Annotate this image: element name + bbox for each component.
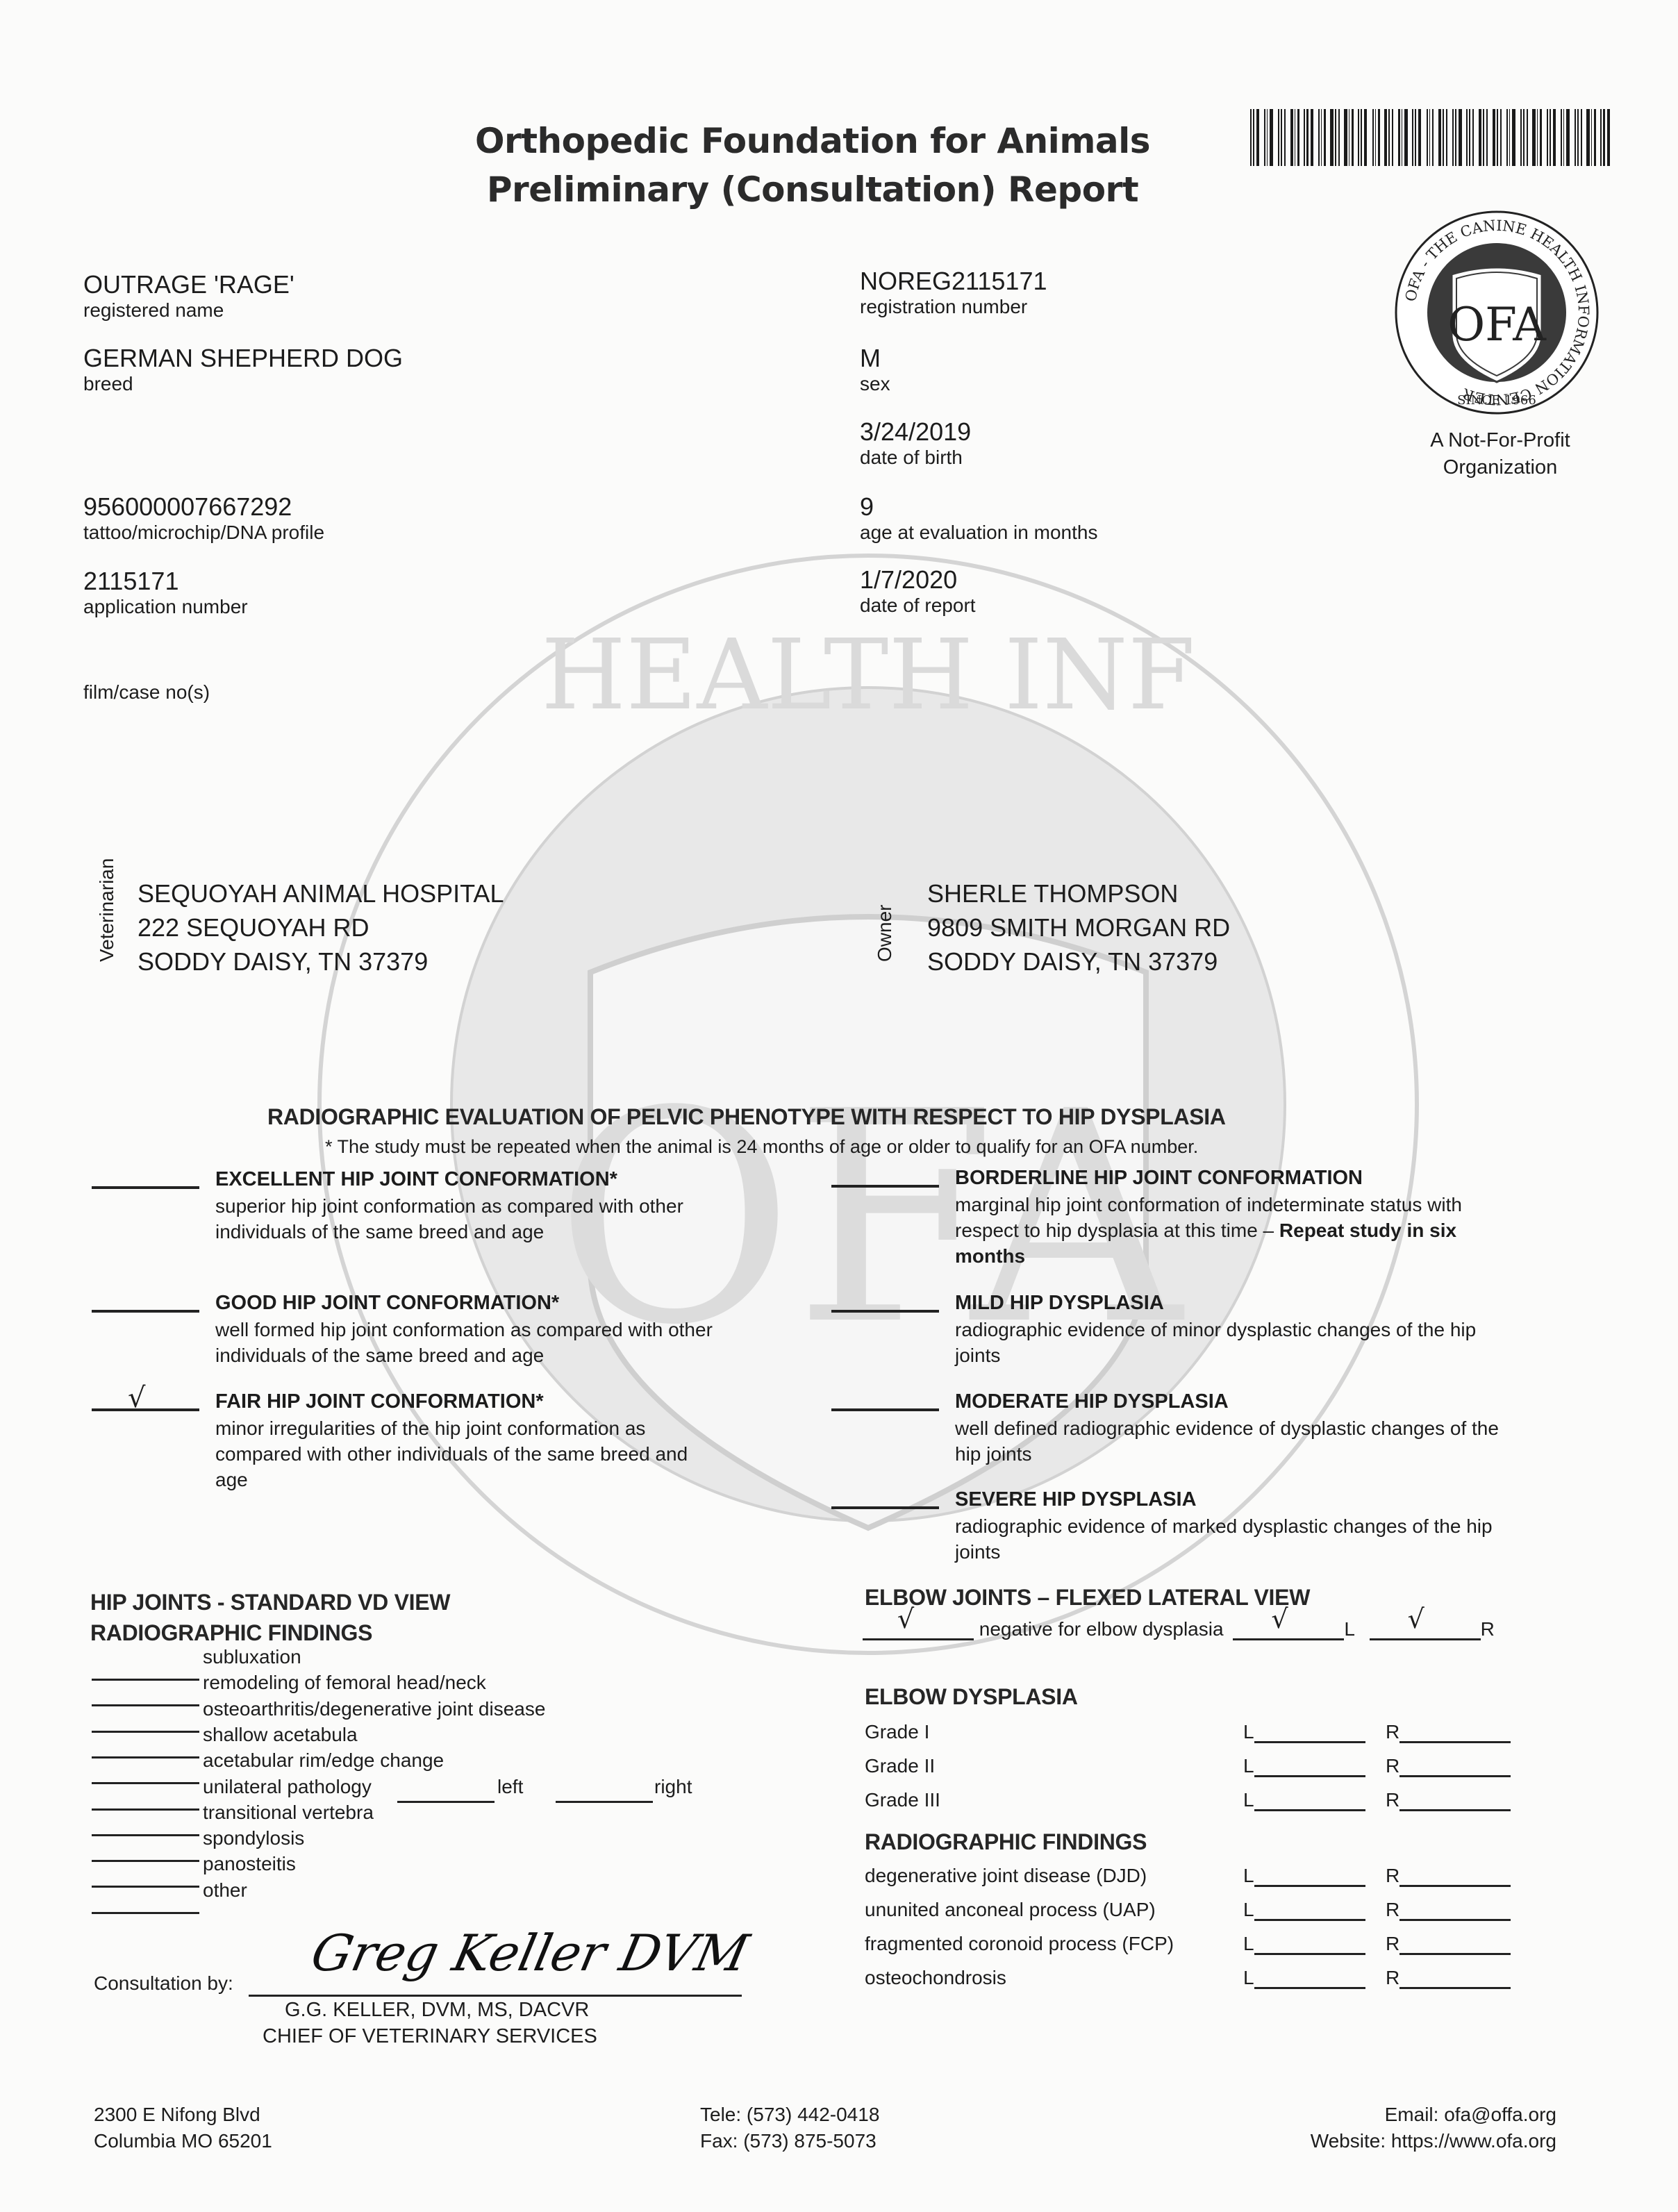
veterinarian-label: Veterinarian <box>96 858 118 962</box>
check-mark-icon: √ <box>897 1604 914 1634</box>
registration-number-label: registration number <box>860 295 1047 319</box>
footer-fax: Fax: (573) 875-5073 <box>700 2128 879 2154</box>
elbow-grade-right: R <box>1386 1755 1511 1777</box>
hip-finding-row: subluxation <box>92 1658 199 1684</box>
right-label: R <box>1386 1721 1399 1743</box>
right-blank[interactable] <box>1399 1790 1511 1811</box>
owner-label: Owner <box>874 905 896 962</box>
grade-checkbox-blank[interactable] <box>831 1506 939 1509</box>
elbow-finding-left: L <box>1243 1967 1365 1989</box>
evaluation-title: RADIOGRAPHIC EVALUATION OF PELVIC PHENOT… <box>267 1104 1226 1130</box>
left-blank[interactable] <box>1254 1790 1365 1811</box>
hip-finding-blank[interactable] <box>92 1659 199 1681</box>
film-case-label: film/case no(s) <box>83 681 210 704</box>
grade-title: MILD HIP DYSPLASIA <box>955 1292 1164 1315</box>
grade-checkbox-blank[interactable] <box>92 1310 199 1313</box>
elbow-finding-right: R <box>1386 1865 1511 1887</box>
hip-finding-label: acetabular rim/edge change <box>203 1749 444 1772</box>
sex-field: M sex <box>860 344 890 396</box>
left-label: L <box>1243 1789 1254 1811</box>
left-blank[interactable] <box>1254 1722 1365 1743</box>
left-label: L <box>1243 1755 1254 1777</box>
signer-name: G.G. KELLER, DVM, MS, DACVR <box>285 1999 589 2022</box>
elbow-finding-right: R <box>1386 1933 1511 1955</box>
hip-finding-label: unilateral pathology <box>203 1776 372 1798</box>
grade-title: SEVERE HIP DYSPLASIA <box>955 1488 1197 1511</box>
hip-findings-title-line-2: RADIOGRAPHIC FINDINGS <box>90 1618 450 1648</box>
right-label: R <box>1386 1899 1399 1920</box>
elbow-finding-label: osteochondrosis <box>865 1967 1006 1989</box>
right-blank[interactable] <box>1399 1934 1511 1955</box>
grade-title: BORDERLINE HIP JOINT CONFORMATION <box>955 1167 1363 1190</box>
right-blank[interactable] <box>1399 1968 1511 1989</box>
elbow-grade-right: R <box>1386 1721 1511 1743</box>
right-blank[interactable] <box>1399 1865 1511 1887</box>
registered-name-value: OUTRAGE 'RAGE' <box>83 271 294 299</box>
registered-name-label: registered name <box>83 299 294 322</box>
elbow-finding-right: R <box>1386 1899 1511 1921</box>
date-of-report-value: 1/7/2020 <box>860 566 976 594</box>
hip-findings-title-line-1: HIP JOINTS - STANDARD VD VIEW <box>90 1587 450 1618</box>
left-label: L <box>1243 1899 1254 1920</box>
evaluation-note: * The study must be repeated when the an… <box>325 1136 1198 1158</box>
veterinarian-address: SEQUOYAH ANIMAL HOSPITAL 222 SEQUOYAH RD… <box>138 876 504 979</box>
hip-finding-row: spondylosis <box>92 1840 199 1865</box>
registration-number-value: NOREG2115171 <box>860 267 1047 295</box>
unilateral-left-label: left <box>497 1776 523 1798</box>
hip-finding-row: unilateral pathologyleftright <box>92 1788 199 1814</box>
sex-value: M <box>860 344 890 372</box>
elbow-left-label: L <box>1344 1618 1354 1640</box>
elbow-grade-left: L <box>1243 1789 1365 1811</box>
unilateral-right-label: right <box>654 1776 692 1798</box>
title-line-1: Orthopedic Foundation for Animals <box>417 117 1208 165</box>
elbow-negative-label: negative for elbow dysplasia <box>979 1618 1224 1640</box>
elbow-finding-label: degenerative joint disease (DJD) <box>865 1865 1147 1887</box>
owner-line-1: SHERLE THOMPSON <box>927 876 1230 910</box>
svg-text:SINCE 1966: SINCE 1966 <box>1457 393 1536 408</box>
elbow-finding-label: fragmented coronoid process (FCP) <box>865 1933 1174 1955</box>
hip-finding-row: shallow acetabula <box>92 1736 199 1762</box>
grade-checkbox-blank[interactable] <box>831 1185 939 1188</box>
hip-finding-label: panosteitis <box>203 1853 296 1875</box>
date-of-report-field: 1/7/2020 date of report <box>860 566 976 617</box>
hip-finding-label: osteoarthritis/degenerative joint diseas… <box>203 1698 545 1720</box>
elbow-grade-label: Grade II <box>865 1755 935 1777</box>
grade-description: superior hip joint conformation as compa… <box>215 1193 715 1245</box>
report-title: Orthopedic Foundation for Animals Prelim… <box>417 117 1208 214</box>
footer-address-line-1: 2300 E Nifong Blvd <box>94 2102 272 2128</box>
elbow-finding-left: L <box>1243 1933 1365 1955</box>
hip-finding-blank[interactable] <box>92 1737 199 1758</box>
hip-finding-blank[interactable] <box>92 1815 199 1836</box>
hip-finding-label: subluxation <box>203 1646 301 1668</box>
elbow-finding-right: R <box>1386 1967 1511 1989</box>
grade-description: well formed hip joint conformation as co… <box>215 1317 715 1368</box>
elbow-finding-left: L <box>1243 1899 1365 1921</box>
footer-email[interactable]: Email: ofa@offa.org <box>1311 2102 1556 2128</box>
grade-description-text: well formed hip joint conformation as co… <box>215 1319 713 1366</box>
npo-line-2: Organization <box>1382 454 1618 481</box>
veterinarian-line-2: 222 SEQUOYAH RD <box>138 910 504 945</box>
hip-finding-row: osteoarthritis/degenerative joint diseas… <box>92 1711 199 1736</box>
hip-finding-row: transitional vertebra <box>92 1814 199 1840</box>
footer-address-line-2: Columbia MO 65201 <box>94 2128 272 2154</box>
grade-description-text: well defined radiographic evidence of dy… <box>955 1417 1499 1465</box>
breed-value: GERMAN SHEPHERD DOG <box>83 344 403 372</box>
hip-finding-row: acetabular rim/edge change <box>92 1762 199 1788</box>
age-field: 9 age at evaluation in months <box>860 493 1097 544</box>
hip-finding-row: other <box>92 1892 199 1918</box>
right-label: R <box>1386 1755 1399 1777</box>
owner-address: SHERLE THOMPSON 9809 SMITH MORGAN RD SOD… <box>927 876 1230 979</box>
right-label: R <box>1386 1865 1399 1886</box>
breed-label: breed <box>83 372 403 396</box>
application-number-label: application number <box>83 595 248 619</box>
elbow-grade-label: Grade I <box>865 1721 929 1743</box>
hip-finding-blank[interactable] <box>92 1866 199 1888</box>
hip-finding-blank[interactable] <box>92 1685 199 1706</box>
elbow-negative-row: √ negative for elbow dysplasia √L √R <box>863 1618 1495 1640</box>
hip-finding-row: remodeling of femoral head/neck <box>92 1684 199 1710</box>
age-value: 9 <box>860 493 1097 521</box>
right-label: R <box>1386 1967 1399 1988</box>
footer-tele: Tele: (573) 442-0418 <box>700 2102 879 2128</box>
check-mark-icon: √ <box>1408 1604 1424 1634</box>
grade-title: FAIR HIP JOINT CONFORMATION* <box>215 1390 544 1413</box>
elbow-negative-blank[interactable]: √ <box>863 1618 979 1640</box>
grade-title: GOOD HIP JOINT CONFORMATION* <box>215 1292 559 1315</box>
elbow-left-blank[interactable]: √ <box>1233 1619 1344 1640</box>
barcode <box>1250 109 1611 166</box>
left-label: L <box>1243 1721 1254 1743</box>
elbow-grade-left: L <box>1243 1755 1365 1777</box>
left-blank[interactable] <box>1254 1934 1365 1955</box>
check-mark-icon: √ <box>1271 1604 1288 1634</box>
grade-title: MODERATE HIP DYSPLASIA <box>955 1390 1229 1413</box>
footer-phone: Tele: (573) 442-0418 Fax: (573) 875-5073 <box>700 2102 879 2154</box>
hip-findings-title: HIP JOINTS - STANDARD VD VIEW RADIOGRAPH… <box>90 1587 450 1648</box>
hip-finding-label: shallow acetabula <box>203 1724 358 1746</box>
left-label: L <box>1243 1865 1254 1886</box>
npo-line-1: A Not-For-Profit <box>1382 427 1618 454</box>
application-number-value: 2115171 <box>83 567 248 595</box>
grade-description-text: superior hip joint conformation as compa… <box>215 1195 683 1242</box>
left-blank[interactable] <box>1254 1756 1365 1777</box>
svg-text:OFA: OFA <box>1447 298 1547 351</box>
signature: Greg Keller DVM <box>306 1924 754 1982</box>
svg-text:HEALTH INF: HEALTH INF <box>541 619 1195 732</box>
grade-description: well defined radiographic evidence of dy… <box>955 1415 1504 1467</box>
footer-contact: Email: ofa@offa.org Website: https://www… <box>1311 2102 1556 2154</box>
sex-label: sex <box>860 372 890 396</box>
left-label: L <box>1243 1933 1254 1954</box>
date-of-report-label: date of report <box>860 594 976 617</box>
unilateral-left-blank[interactable] <box>397 1787 495 1803</box>
age-label: age at evaluation in months <box>860 521 1097 544</box>
grade-description: radiographic evidence of marked dysplast… <box>955 1513 1504 1565</box>
elbow-right-label: R <box>1481 1618 1495 1640</box>
signer-title: CHIEF OF VETERINARY SERVICES <box>263 2025 597 2048</box>
elbow-dysplasia-title: ELBOW DYSPLASIA <box>865 1684 1078 1710</box>
ofa-seal-logo-icon: OFA OFA - THE CANINE HEALTH INFORMATION … <box>1393 208 1601 417</box>
footer-website[interactable]: Website: https://www.ofa.org <box>1311 2128 1556 2154</box>
registered-name-field: OUTRAGE 'RAGE' registered name <box>83 271 294 322</box>
registration-number-field: NOREG2115171 registration number <box>860 267 1047 319</box>
left-blank[interactable] <box>1254 1865 1365 1887</box>
left-blank[interactable] <box>1254 1899 1365 1921</box>
hip-finding-blank[interactable] <box>92 1893 199 1914</box>
elbow-finding-left: L <box>1243 1865 1365 1887</box>
elbow-right-blank[interactable]: √ <box>1370 1619 1481 1640</box>
owner-line-3: SODDY DAISY, TN 37379 <box>927 945 1230 979</box>
grade-description-text: radiographic evidence of minor dysplasti… <box>955 1319 1476 1366</box>
microchip-field: 956000007667292 tattoo/microchip/DNA pro… <box>83 493 324 544</box>
signature-line <box>249 1995 742 1997</box>
right-blank[interactable] <box>1399 1722 1511 1743</box>
hip-finding-blank[interactable] <box>92 1789 199 1811</box>
right-label: R <box>1386 1933 1399 1954</box>
grade-description-text: radiographic evidence of marked dysplast… <box>955 1515 1493 1563</box>
right-blank[interactable] <box>1399 1756 1511 1777</box>
microchip-value: 956000007667292 <box>83 493 324 521</box>
grade-description: minor irregularities of the hip joint co… <box>215 1415 715 1492</box>
elbow-grade-label: Grade III <box>865 1789 940 1811</box>
title-line-2: Preliminary (Consultation) Report <box>417 165 1208 214</box>
not-for-profit-caption: A Not-For-Profit Organization <box>1382 427 1618 481</box>
hip-finding-blank[interactable] <box>92 1763 199 1784</box>
film-case-field: film/case no(s) <box>83 681 210 704</box>
hip-finding-label: spondylosis <box>203 1827 304 1849</box>
grade-description-text: minor irregularities of the hip joint co… <box>215 1417 688 1490</box>
right-blank[interactable] <box>1399 1899 1511 1921</box>
elbow-findings-title: RADIOGRAPHIC FINDINGS <box>865 1829 1147 1855</box>
consultation-by-label: Consultation by: <box>94 1972 233 1995</box>
grade-checkbox-blank[interactable] <box>831 1310 939 1313</box>
date-of-birth-label: date of birth <box>860 446 971 469</box>
grade-title: EXCELLENT HIP JOINT CONFORMATION* <box>215 1168 617 1191</box>
check-mark-icon: √ <box>128 1382 146 1414</box>
owner-line-2: 9809 SMITH MORGAN RD <box>927 910 1230 945</box>
hip-finding-blank[interactable] <box>92 1840 199 1862</box>
elbow-grade-left: L <box>1243 1721 1365 1743</box>
breed-field: GERMAN SHEPHERD DOG breed <box>83 344 403 396</box>
grade-description: radiographic evidence of minor dysplasti… <box>955 1317 1504 1368</box>
left-blank[interactable] <box>1254 1968 1365 1989</box>
left-label: L <box>1243 1967 1254 1988</box>
hip-finding-label: other <box>203 1879 247 1902</box>
microchip-label: tattoo/microchip/DNA profile <box>83 521 324 544</box>
veterinarian-line-1: SEQUOYAH ANIMAL HOSPITAL <box>138 876 504 910</box>
footer-address: 2300 E Nifong Blvd Columbia MO 65201 <box>94 2102 272 2154</box>
elbow-title: ELBOW JOINTS – FLEXED LATERAL VIEW <box>865 1585 1310 1611</box>
unilateral-right-blank[interactable] <box>556 1787 653 1803</box>
grade-checkbox-blank[interactable] <box>831 1408 939 1411</box>
veterinarian-line-3: SODDY DAISY, TN 37379 <box>138 945 504 979</box>
hip-finding-row: panosteitis <box>92 1865 199 1891</box>
right-label: R <box>1386 1789 1399 1811</box>
hip-finding-blank[interactable] <box>92 1711 199 1733</box>
date-of-birth-field: 3/24/2019 date of birth <box>860 418 971 469</box>
elbow-finding-label: ununited anconeal process (UAP) <box>865 1899 1156 1921</box>
application-number-field: 2115171 application number <box>83 567 248 619</box>
elbow-grade-right: R <box>1386 1789 1511 1811</box>
grade-checkbox-blank[interactable] <box>92 1186 199 1189</box>
hip-finding-label: remodeling of femoral head/neck <box>203 1672 486 1694</box>
hip-finding-label: transitional vertebra <box>203 1802 374 1824</box>
date-of-birth-value: 3/24/2019 <box>860 418 971 446</box>
grade-description: marginal hip joint conformation of indet… <box>955 1192 1504 1269</box>
